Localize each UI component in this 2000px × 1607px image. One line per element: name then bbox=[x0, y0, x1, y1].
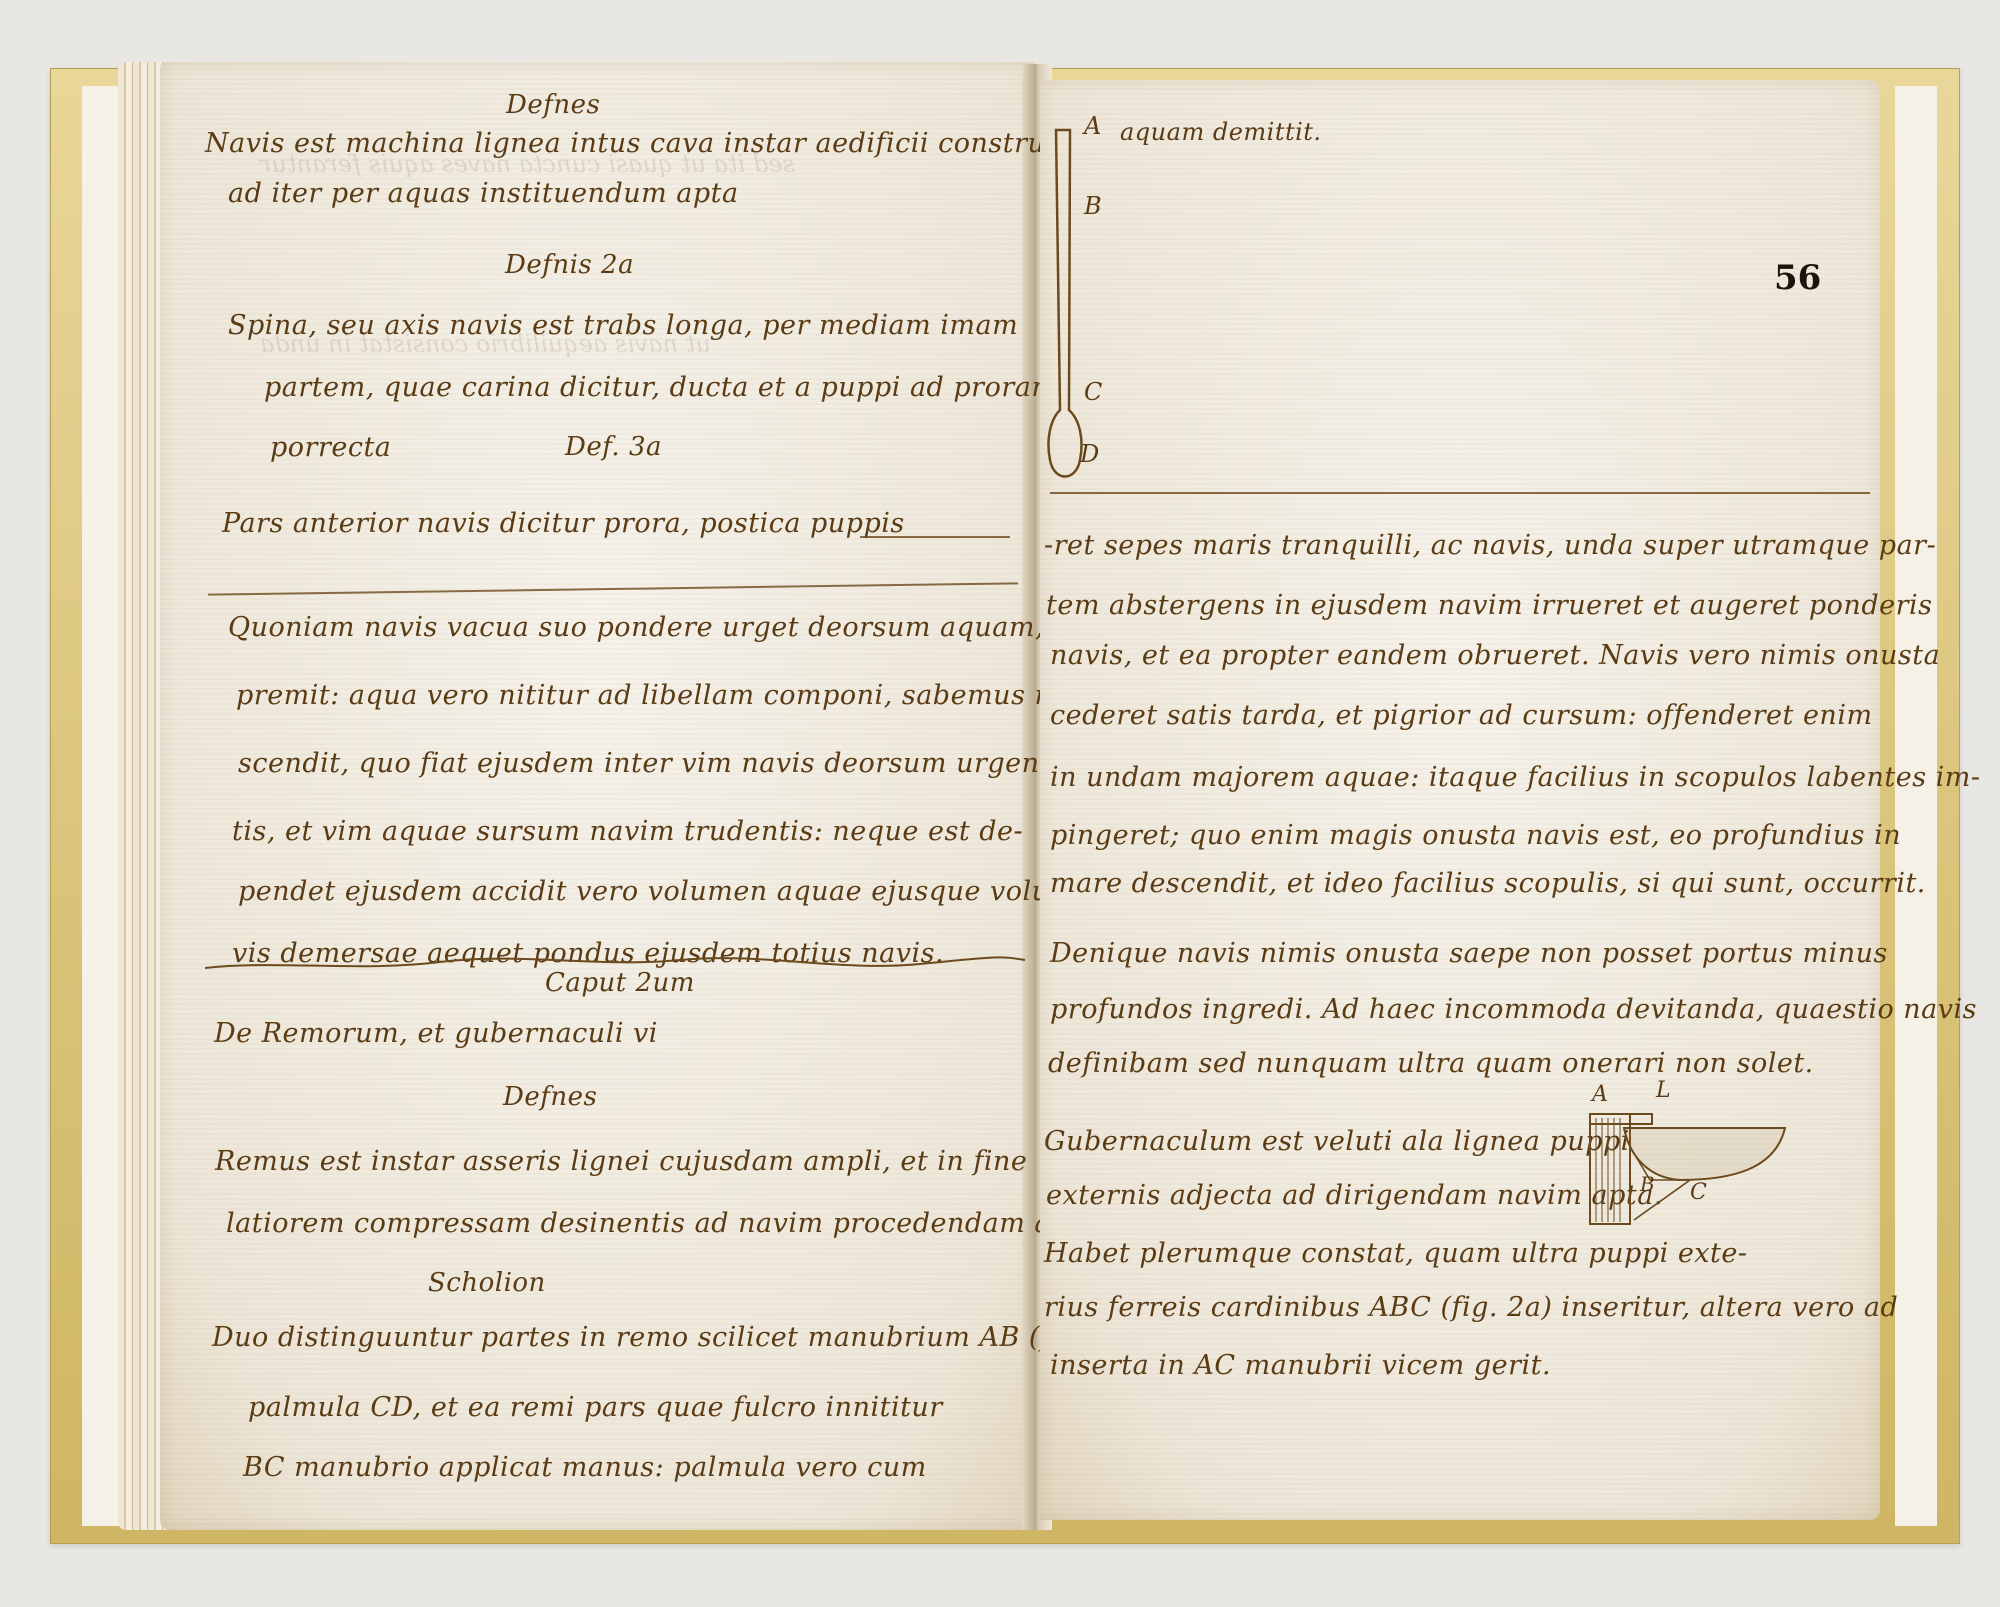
text-line: BC manubrio applicat manus: palmula vero… bbox=[243, 1452, 927, 1483]
text-line: rius ferreis cardinibus ABC (fig. 2a) in… bbox=[1044, 1292, 1898, 1323]
figure-label-d: D bbox=[1080, 440, 1100, 468]
text-line: ad iter per aquas instituendum apta bbox=[228, 178, 739, 209]
rudder-label-a: A bbox=[1592, 1082, 1608, 1107]
heading-definitiones: Defnes bbox=[506, 90, 600, 120]
heading-definitio-2: Defnis 2a bbox=[505, 250, 634, 280]
figure-label-b: B bbox=[1084, 192, 1102, 220]
rudder-label-l: L bbox=[1656, 1078, 1671, 1103]
text-line: in undam majorem aquae: itaque facilius … bbox=[1050, 762, 1981, 793]
text-line: navis, et ea propter eandem obrueret. Na… bbox=[1050, 640, 1940, 671]
text-line: tem abstergens in ejusdem navim irrueret… bbox=[1046, 590, 1933, 621]
figure-label-c: C bbox=[1084, 378, 1103, 406]
divider-rule bbox=[860, 536, 1010, 538]
text-line: definibam sed nunquam ultra quam onerari… bbox=[1048, 1048, 1814, 1079]
figure-label-a: A bbox=[1084, 112, 1102, 140]
text-line: inserta in AC manubrii vicem gerit. bbox=[1050, 1350, 1551, 1381]
text-line: Denique navis nimis onusta saepe non pos… bbox=[1050, 938, 1888, 969]
page-number: 56 bbox=[1774, 258, 1821, 298]
text-line: mare descendit, et ideo facilius scopuli… bbox=[1050, 868, 1926, 899]
heading-definitiones: Defnes bbox=[503, 1082, 597, 1112]
text-line: -ret sepes maris tranquilli, ac navis, u… bbox=[1044, 530, 1936, 561]
chapter-title: De Remorum, et gubernaculi vi bbox=[214, 1018, 658, 1049]
heading-definitio-3: Def. 3a bbox=[565, 432, 662, 462]
text-line: Pars anterior navis dicitur prora, posti… bbox=[222, 508, 905, 539]
figure-caption: aquam demittit. bbox=[1120, 118, 1322, 146]
rudder-figure-diagram bbox=[1580, 1110, 1800, 1230]
text-line: tis, et vim aquae sursum navim trudentis… bbox=[232, 816, 1023, 847]
text-line: latiorem compressam desinentis ad navim … bbox=[226, 1208, 1104, 1239]
divider-rule bbox=[1050, 492, 1870, 494]
right-endpaper bbox=[1895, 86, 1937, 1526]
text-line: Navis est machina lignea intus cava inst… bbox=[205, 128, 1089, 159]
text-line: premit: aqua vero nititur ad libellam co… bbox=[236, 680, 1153, 711]
text-line: Quoniam navis vacua suo pondere urget de… bbox=[228, 612, 1132, 643]
text-line: partem, quae carina dicitur, ducta et a … bbox=[264, 372, 1057, 403]
rudder-label-b: B bbox=[1640, 1172, 1655, 1196]
text-line: Duo distinguuntur partes in remo scilice… bbox=[212, 1322, 1086, 1353]
tube-figure-diagram bbox=[1040, 110, 1100, 490]
text-line: Spina, seu axis navis est trabs longa, p… bbox=[228, 310, 1018, 341]
text-line: pendet ejusdem accidit vero volumen aqua… bbox=[238, 876, 1165, 907]
text-line: scendit, quo fiat ejusdem inter vim navi… bbox=[238, 748, 1049, 779]
text-line: Remus est instar asseris lignei cujusdam… bbox=[215, 1146, 1027, 1177]
heading-scholion: Scholion bbox=[428, 1268, 546, 1298]
text-line: profundos ingredi. Ad haec incommoda dev… bbox=[1050, 994, 1977, 1025]
text-line: pingeret; quo enim magis onusta navis es… bbox=[1050, 820, 1901, 851]
text-line: Habet plerumque constat, quam ultra pupp… bbox=[1044, 1238, 1747, 1269]
left-page bbox=[160, 62, 1035, 1530]
text-line: Gubernaculum est veluti ala lignea puppi bbox=[1044, 1126, 1630, 1157]
heading-caput: Caput 2um bbox=[545, 968, 695, 998]
text-line: porrecta bbox=[270, 432, 391, 463]
rudder-label-c: C bbox=[1690, 1180, 1707, 1205]
text-line: cederet satis tarda, et pigrior ad cursu… bbox=[1050, 700, 1873, 731]
text-line: palmula CD, et ea remi pars quae fulcro … bbox=[248, 1392, 943, 1423]
text-line: externis adjecta ad dirigendam navim apt… bbox=[1046, 1180, 1663, 1211]
